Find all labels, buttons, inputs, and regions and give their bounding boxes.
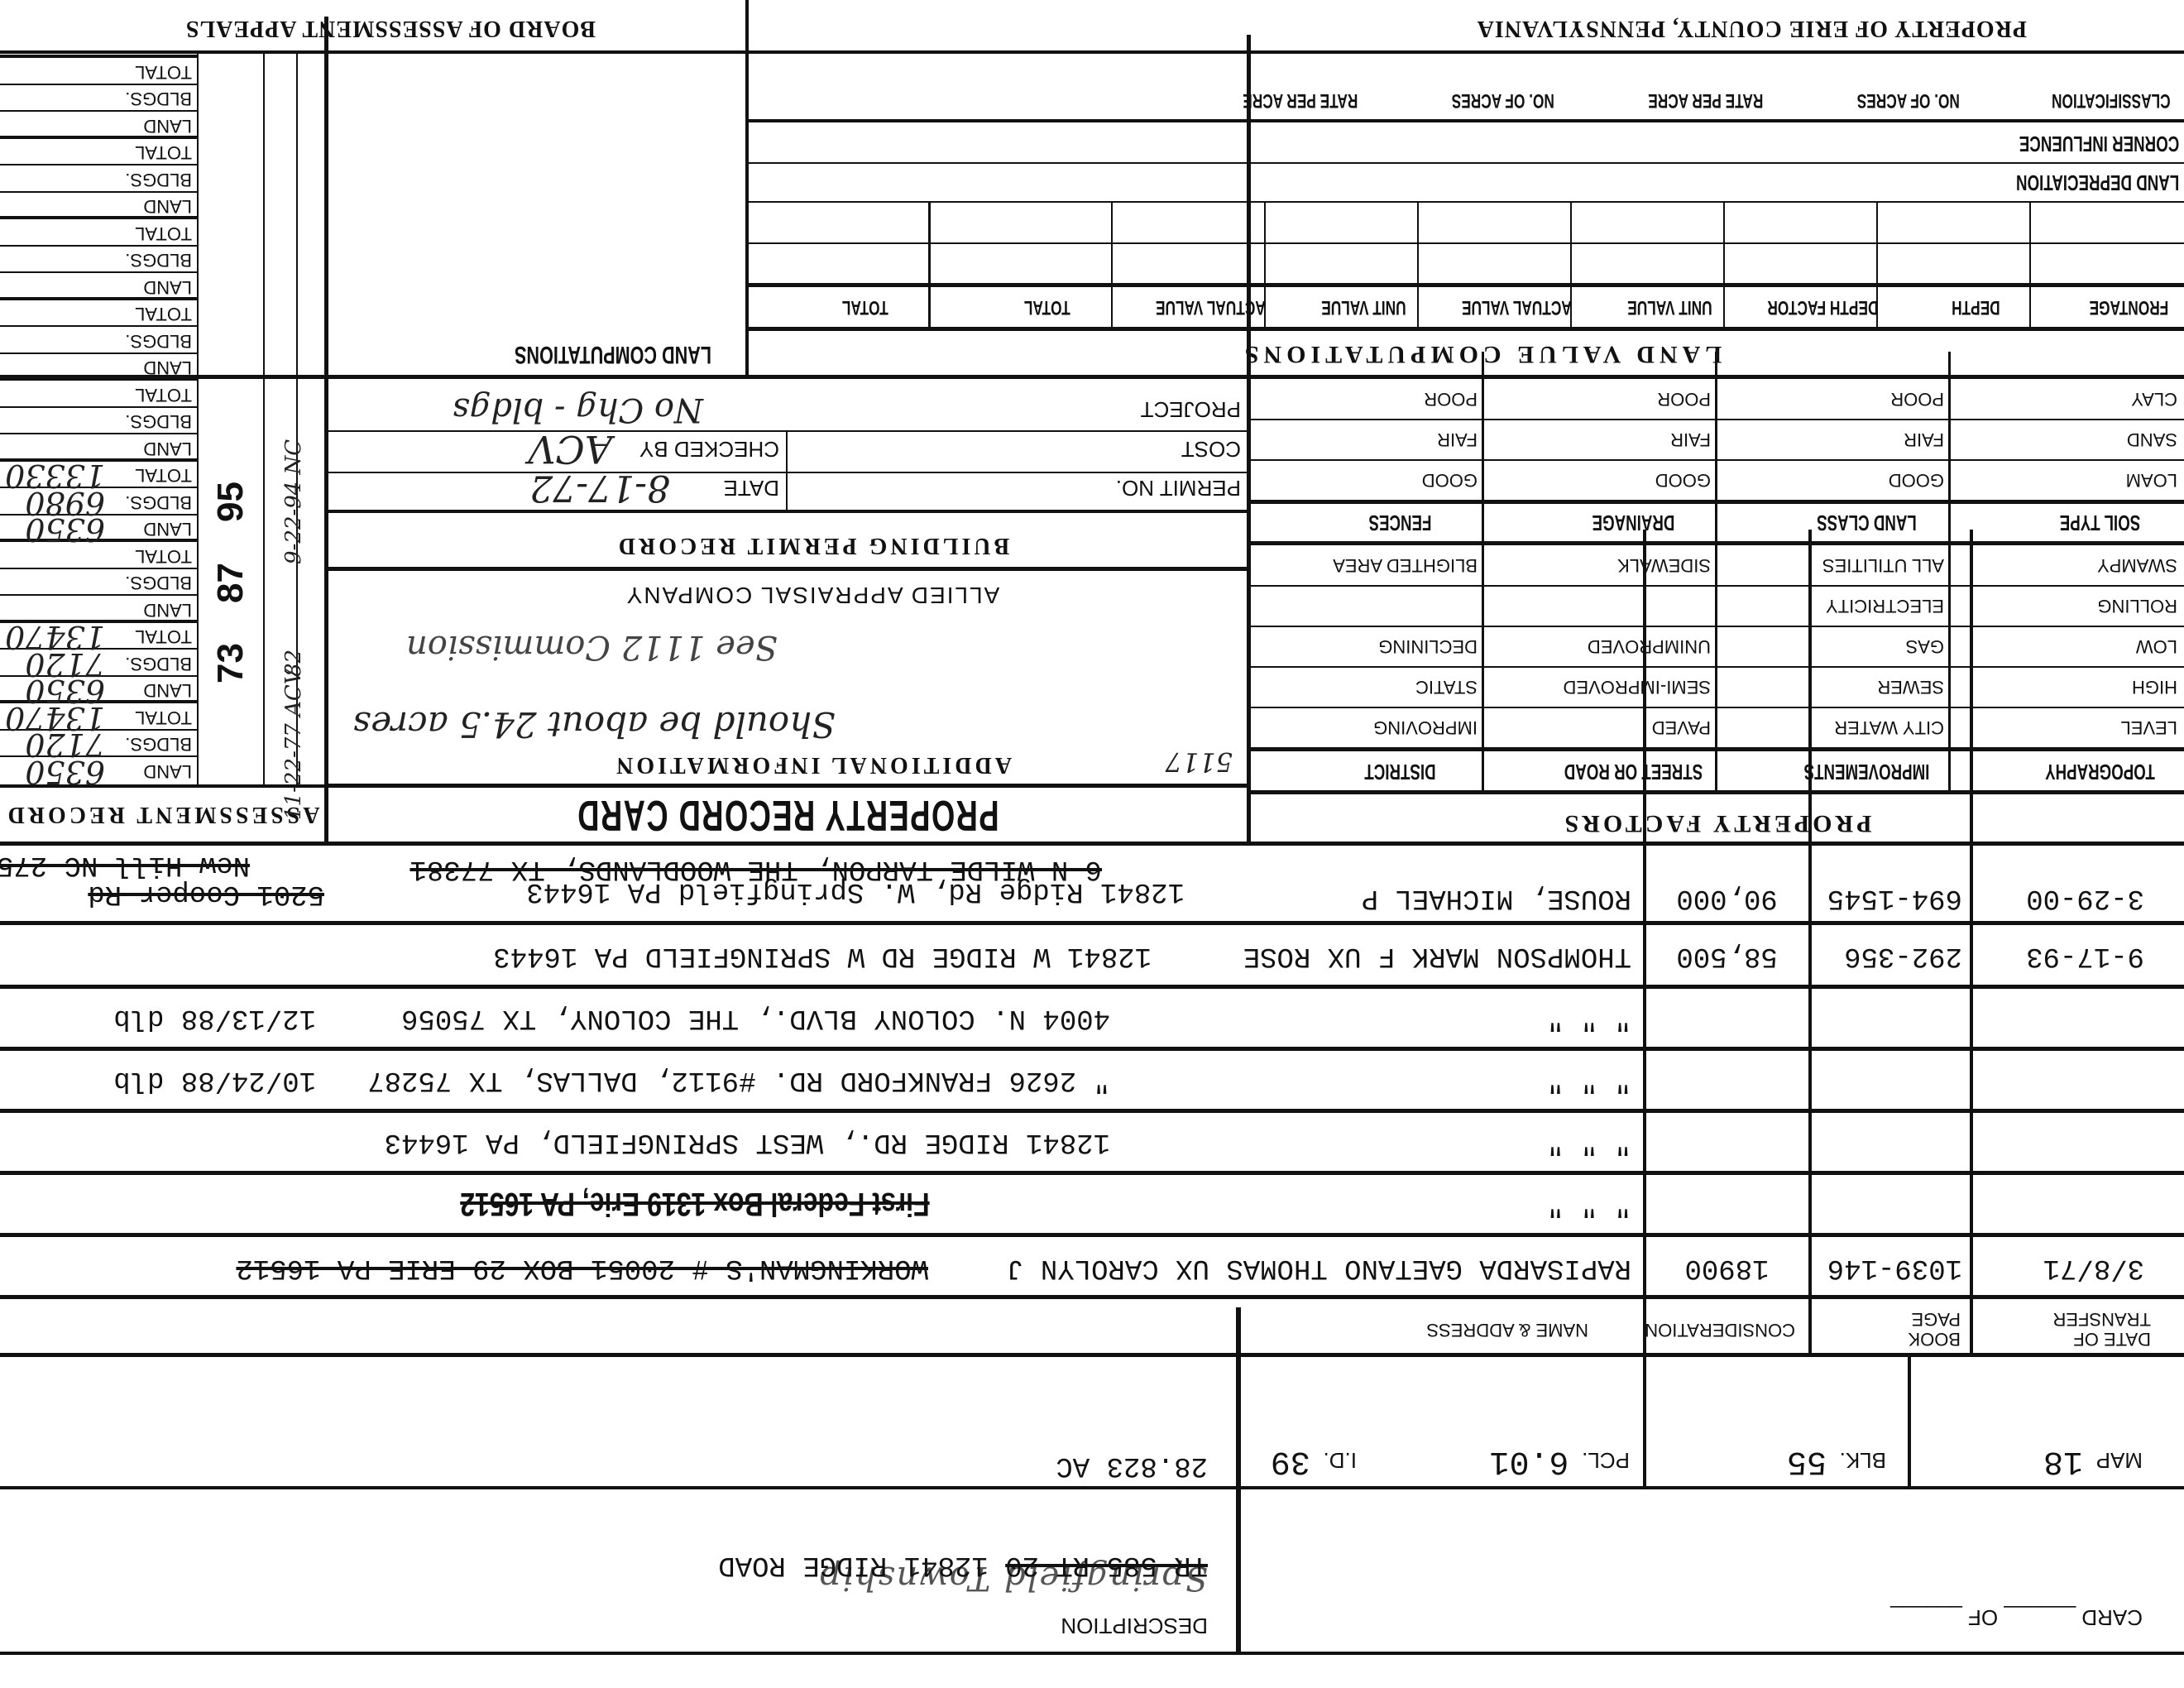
pf-cell[interactable]: POOR [1251,380,1484,419]
header-box [0,1307,1241,1663]
pf-cell[interactable]: PAVED [1484,708,1717,747]
assessment-row-label: TOTAL [116,623,199,650]
transfer-address: First Federal Box 1319 Erie, PA 16512 [207,1179,935,1229]
pf-cell[interactable]: LEVEL [1951,708,2184,747]
pf-cell[interactable]: DECLINING [1251,627,1484,666]
lv-col: TOTAL [982,287,1113,327]
pf-cell[interactable]: GOOD [1251,461,1484,500]
assessment-year: 87 [199,543,263,624]
checked-by-value: ACV [528,427,612,472]
acreage-section: LAND DEPRECIATION CORNER INFLUENCE CLASS… [749,52,2184,201]
assessment-row-label: TOTAL [116,139,199,166]
transfer-book: 292-356 [1812,931,1969,981]
assessment-year: 95 [199,462,263,543]
pf-cell[interactable]: GOOD [1484,461,1717,500]
assessment-row-label: BLDGS. [116,489,199,516]
corner-influence-label: CORNER INFLUENCE [1946,125,2184,162]
permit-date-label: DATE [724,475,779,501]
pf-header: STREET OR ROAD [1549,753,1717,790]
land-computations-label: LAND COMPUTATIONS [515,340,711,368]
assessment-row-label: BLDGS. [116,166,199,194]
col-date-of-transfer: DATE OF TRANSFER [1985,1309,2151,1349]
description-value: TR 585 RT 20 12841 RIDGE ROAD [718,1549,1208,1580]
assessment-row-label: BLDGS. [116,569,199,597]
pf-cell[interactable]: CLAY [1951,380,2184,419]
pf-header: SOIL TYPE [2016,504,2184,541]
transfer-name: RAPISARDA GAETANO THOMAS UX CAROLYN J [976,1243,1638,1292]
transfer-consideration: 90,000 [1646,877,1808,918]
transfer-address-struck: New Hill NC 27562 tc [0,848,256,881]
transfer-name: " " " [976,1179,1638,1229]
building-permit-label: BUILDING PERMIT RECORD [378,532,1247,559]
assessment-row-label: TOTAL [116,220,199,247]
assessment-row-label: LAND [116,516,199,543]
owner-label-board: BOARD OF ASSESSMENT APPEALS [185,15,596,41]
pf-cell[interactable]: FAIR [1717,420,1951,459]
transfer-note: 12/13/88 dlb [8,993,323,1043]
cost-label: COST [1181,436,1241,462]
pf-cell[interactable]: ELECTRICITY [1717,587,1951,626]
additional-info-note: See 1112 Commission [406,628,778,666]
description-label: DESCRIPTION [1061,1613,1208,1638]
assessment-year: 73 [199,623,263,704]
pf-cell[interactable]: SWAMPY [1951,546,2184,585]
pf-cell[interactable]: SIDEWALK [1484,546,1717,585]
land-value-computations-title: LAND VALUE COMPUTATIONS [778,340,2184,368]
lv-col: ACTUAL VALUE [1462,287,1572,327]
assessment-row-label: LAND [116,193,199,220]
transfer-book: 1039-146 [1812,1243,1969,1292]
pf-header: DRAINAGE [1549,504,1717,541]
transfer-address: WORKINGMAN'S # 20051 BOX 29 ERIE PA 1651… [25,1243,935,1292]
assessment-date-note: 9-22-94 NC [265,462,323,543]
property-record-card: CARD ______ OF ______ Springfield Townsh… [0,0,2184,1688]
assessment-row-label: BLDGS. [116,650,199,678]
project-label: PROJECT [1141,396,1241,422]
property-factors-title: PROPERTY FACTORS [1249,796,2184,837]
pf-cell[interactable]: LOW [1951,627,2184,666]
permit-no-label: PERMIT NO. [1116,475,1241,501]
pf-cell[interactable]: HIGH [1951,668,2184,707]
assessment-row-label: BLDGS. [116,731,199,758]
assessment-row-label: LAND [116,354,199,381]
pf-cell[interactable]: SEMI-IMPROVED [1484,668,1717,707]
map-field: MAP 18 [2043,1442,2143,1479]
pf-cell[interactable]: LOAM [1951,461,2184,500]
checked-by-label: CHECKED BY [639,436,779,462]
additional-info-note: 5117 [1166,746,1233,778]
assessment-row-label: BLDGS. [116,247,199,274]
lv-col: UNIT VALUE [1615,287,1725,327]
transfer-book: 694-1545 [1812,877,1969,918]
pf-header: DISTRICT [1316,753,1484,790]
assessment-date-note: 11-22-77 ACV [265,704,323,785]
pf-header: TOPOGRAPHY [2016,753,2184,790]
transfer-note: 10/24/88 dlb [8,1055,323,1105]
pf-cell[interactable]: GAS [1717,627,1951,666]
acreage-col: NO. OF ACRES [1836,82,1981,119]
pf-cell[interactable]: STATIC [1251,668,1484,707]
transfer-address-struck: 5201 Cooper Rd [0,877,331,910]
acreage-col: RATE PER ACRE [1228,82,1373,119]
assessment-row-label: TOTAL [116,381,199,409]
additional-info-label: ADDITIONAL INFORMATION [378,751,1247,778]
transfer-consideration: 18900 [1646,1243,1808,1292]
lv-col: FRONTAGE [2074,287,2184,327]
pf-cell[interactable]: GOOD [1717,461,1951,500]
blk-field: BLK. 55 [1787,1442,1886,1479]
pf-header: IMPROVEMENTS [1783,753,1951,790]
assessment-row-label: LAND [116,677,199,704]
assessment-row-label: TOTAL [116,462,199,489]
transfer-address: 12841 W RIDGE RD W SPRINGFIELD PA 16443 [248,931,1158,981]
assessment-row-label: LAND [116,597,199,624]
pf-cell[interactable]: FAIR [1484,420,1717,459]
transfer-row: 9-17-93 [1977,931,2151,981]
pf-cell[interactable]: SAND [1951,420,2184,459]
transfer-address: 12841 RIDGE RD., WEST SPRINGFIELD, PA 16… [207,1117,1117,1167]
assessment-row-label: BLDGS. [116,408,199,435]
owner-label-erie: PROPERTY OF ERIE COUNTY, PENNSYLVANIA [1477,15,2027,41]
col-name-address: NAME & ADDRESS [1426,1319,1588,1340]
pf-header: FENCES [1316,504,1484,541]
pf-cell[interactable]: UNIMPROVED [1484,627,1717,666]
transfer-address: 4004 N. COLONY BLVD., THE COLONY, TX 750… [290,993,1117,1043]
acreage-col: NO. OF ACRES [1430,82,1576,119]
assessment-row-label: LAND [116,758,199,785]
project-value: No Chg - bldgs [453,391,703,429]
lv-col: TOTAL [800,287,931,327]
col-consideration: CONSIDERATION [1645,1319,1795,1340]
transfer-name: ROUSE, MICHAEL P [1142,877,1638,918]
lv-col: DEPTH FACTOR [1768,287,1878,327]
acreage-col: CLASSIFICATION [2038,82,2184,119]
pf-cell[interactable]: ALL UTILITIES [1717,546,1951,585]
transfer-row: 3/8/71 [1977,1243,2151,1292]
id-field: I.D. 39 [1271,1442,1357,1479]
lv-col: UNIT VALUE [1309,287,1419,327]
col-book-page: BOOK PAGE [1861,1309,1961,1349]
appraisal-company: ALLIED APPRAISAL COMPANY [378,582,1247,608]
pf-cell[interactable]: ROLLING [1951,587,2184,626]
pf-header: LAND CLASS [1783,504,1951,541]
pf-cell[interactable]: CITY WATER [1717,708,1951,747]
card-label: CARD ______ OF ______ [1890,1604,2143,1630]
pf-cell[interactable]: BLIGHTED AREA [1251,546,1484,585]
assessment-row-label: TOTAL [116,300,199,328]
lv-col: DEPTH [1921,287,2031,327]
card-title: PROPERTY RECORD CARD [328,790,1247,840]
transfer-address-struck: 6 N WILDE TARPON, THE WOODLANDS, TX 7738… [364,852,1109,885]
assessment-row-label: LAND [116,274,199,301]
pcl-field: PCL. 6.01 [1490,1442,1630,1479]
assessment-value [0,57,112,89]
pf-cell[interactable]: FAIR [1251,420,1484,459]
assessment-row-label: BLDGS. [116,328,199,355]
assessment-record-title: ASSESSMENT RECORD [0,801,324,827]
pf-cell[interactable]: SEWER [1717,668,1951,707]
lv-col: ACTUAL VALUE [1156,287,1266,327]
transfer-row: 3-29-00 [1977,877,2151,918]
pf-cell[interactable]: IMPROVING [1251,708,1484,747]
pf-cell[interactable]: POOR [1484,380,1717,419]
acreage-col: RATE PER ACRE [1633,82,1779,119]
assessment-row-label: TOTAL [116,59,199,86]
assessment-row-label: LAND [116,435,199,463]
transfer-address: " 2626 FRANKFORD RD. #9112, DALLAS, TX 7… [290,1055,1117,1105]
transfer-consideration: 58,500 [1646,931,1808,981]
additional-info-note: Should be about 24.5 acres [353,704,836,745]
acreage-value: 28.823 AC [1056,1450,1208,1481]
pf-cell[interactable]: POOR [1717,380,1951,419]
assessment-row-label: LAND [116,113,199,140]
land-depreciation-label: LAND DEPRECIATION [1946,164,2184,201]
assessment-row-label: TOTAL [116,704,199,731]
assessment-date-note: 82 [265,623,323,704]
assessment-row-label: BLDGS. [116,85,199,113]
assessment-row-label: TOTAL [116,543,199,570]
